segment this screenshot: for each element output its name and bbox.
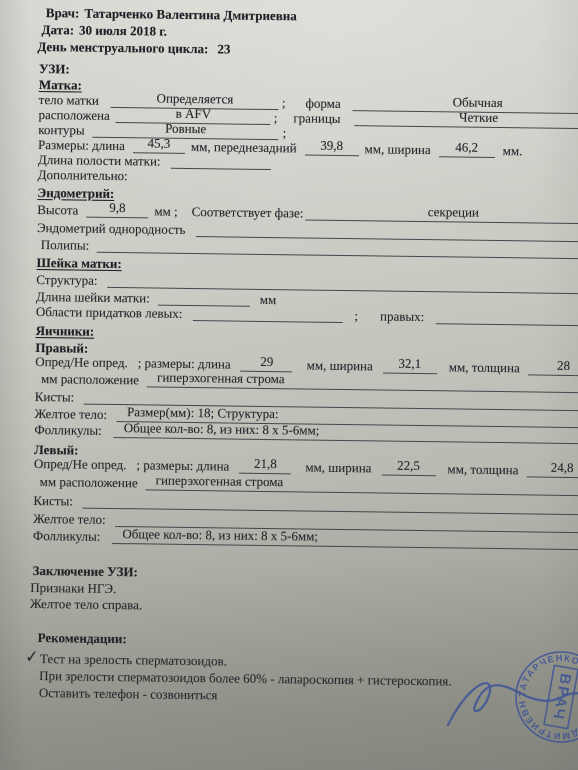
left-thickness-label: мм, толщина [447, 461, 518, 477]
endometrium-height-units: мм ; [154, 203, 178, 219]
recommendations-heading: Рекомендации: [38, 630, 127, 647]
conclusion-text: Желтое тело справа. [30, 595, 142, 612]
recommendation-text: Тест на зрелость сперматозоидов. [40, 651, 227, 669]
endometrium-height-label: Высота [37, 201, 78, 217]
right-corpus-label: Желтое тело: [34, 405, 107, 421]
adnexa-right-label: правых: [380, 308, 424, 324]
uterus-width-value: 46,2 [439, 140, 495, 158]
uterus-mm-label: мм. [503, 143, 523, 159]
right-length-value: 29 [241, 355, 293, 373]
uterus-body-label: тело матки [39, 91, 99, 107]
left-length-value: 21,8 [239, 457, 291, 475]
uterus-additional-label: Дополнительно: [38, 166, 128, 183]
endometrium-phase-label: Соответствует фазе: [192, 204, 304, 221]
check-mark-icon: ✓ [25, 649, 38, 667]
ovaries-heading: Яичники: [36, 322, 95, 338]
date-label: Дата: [42, 22, 75, 38]
separator: ; [282, 95, 286, 111]
right-detect-label: Опред/Не опред. [35, 353, 128, 370]
cycle-label: День менструального цикла: [37, 38, 208, 56]
cycle-value: 23 [217, 41, 230, 57]
conclusion-heading: Заключение УЗИ: [32, 562, 138, 579]
uterus-borders-label: границы [293, 110, 340, 126]
polyps-label: Полипы: [41, 237, 90, 253]
right-width-value: 32,1 [383, 357, 437, 375]
uterus-shape-label: форма [305, 95, 340, 111]
uterus-ap-value: 39,8 [305, 138, 359, 156]
endometrium-heading: Эндометрий: [37, 184, 114, 201]
left-sizes-label: ; размеры: длина [136, 457, 229, 474]
uzi-title: УЗИ: [39, 60, 70, 76]
left-detect-label: Опред/Не опред. [34, 455, 127, 472]
document-page: Врач: Татарченко Валентина Дмитриевна Да… [0, 0, 578, 707]
uterus-width-label: мм, ширина [364, 141, 430, 157]
uterus-heading: Матка: [39, 76, 82, 92]
separator: ; [283, 125, 287, 141]
left-follicles-label: Фолликулы: [33, 527, 101, 543]
separator: ; [354, 308, 358, 324]
adnexa-left-value [192, 304, 342, 323]
right-thickness-label: мм, толщина [449, 359, 520, 375]
right-follicles-label: Фолликулы: [34, 421, 102, 437]
endometrium-uniformity-label: Эндометрий однородность [37, 219, 186, 236]
uterus-cavity-value [170, 152, 270, 170]
cervix-structure-label: Структура: [36, 271, 97, 287]
doctor-stamp: ТАТАРЧЕНКО ВАЛЕНТИНА ДМИТРИЕВНА ВРАЧ [438, 645, 578, 760]
left-location-label: мм расположение [40, 474, 138, 491]
recommendation-text: Оставить телефон - созвониться [39, 685, 218, 703]
left-width-label: мм, ширина [305, 459, 371, 475]
adnexa-left-label: Области придатков левых: [36, 303, 183, 320]
right-width-label: мм, ширина [307, 357, 373, 373]
uterus-contours-label: контуры [38, 121, 85, 137]
date-value: 30 июля 2018 г. [79, 22, 167, 39]
left-cysts-label: Кисты: [33, 492, 73, 508]
left-corpus-label: Желтое тело: [33, 510, 106, 526]
left-width-value: 22,5 [381, 459, 435, 477]
doctor-name: Татарченко Валентина Дмитриевна [84, 5, 297, 23]
adnexa-right-value [436, 307, 578, 326]
right-location-label: мм расположение [41, 371, 139, 388]
endometrium-height-value: 9,8 [86, 201, 148, 219]
doctor-label: Врач: [46, 5, 80, 21]
cervix-heading: Шейка матки: [36, 254, 121, 271]
uterus-borders-value: Четкие [355, 109, 578, 129]
conclusion-text: Признаки НГЭ. [30, 579, 116, 596]
left-thickness-value: 24,8 [526, 460, 578, 478]
uterus-sizes-label: Размеры: длина [38, 136, 125, 153]
right-cysts-label: Кисты: [35, 388, 75, 404]
right-thickness-value: 28 [528, 358, 578, 376]
